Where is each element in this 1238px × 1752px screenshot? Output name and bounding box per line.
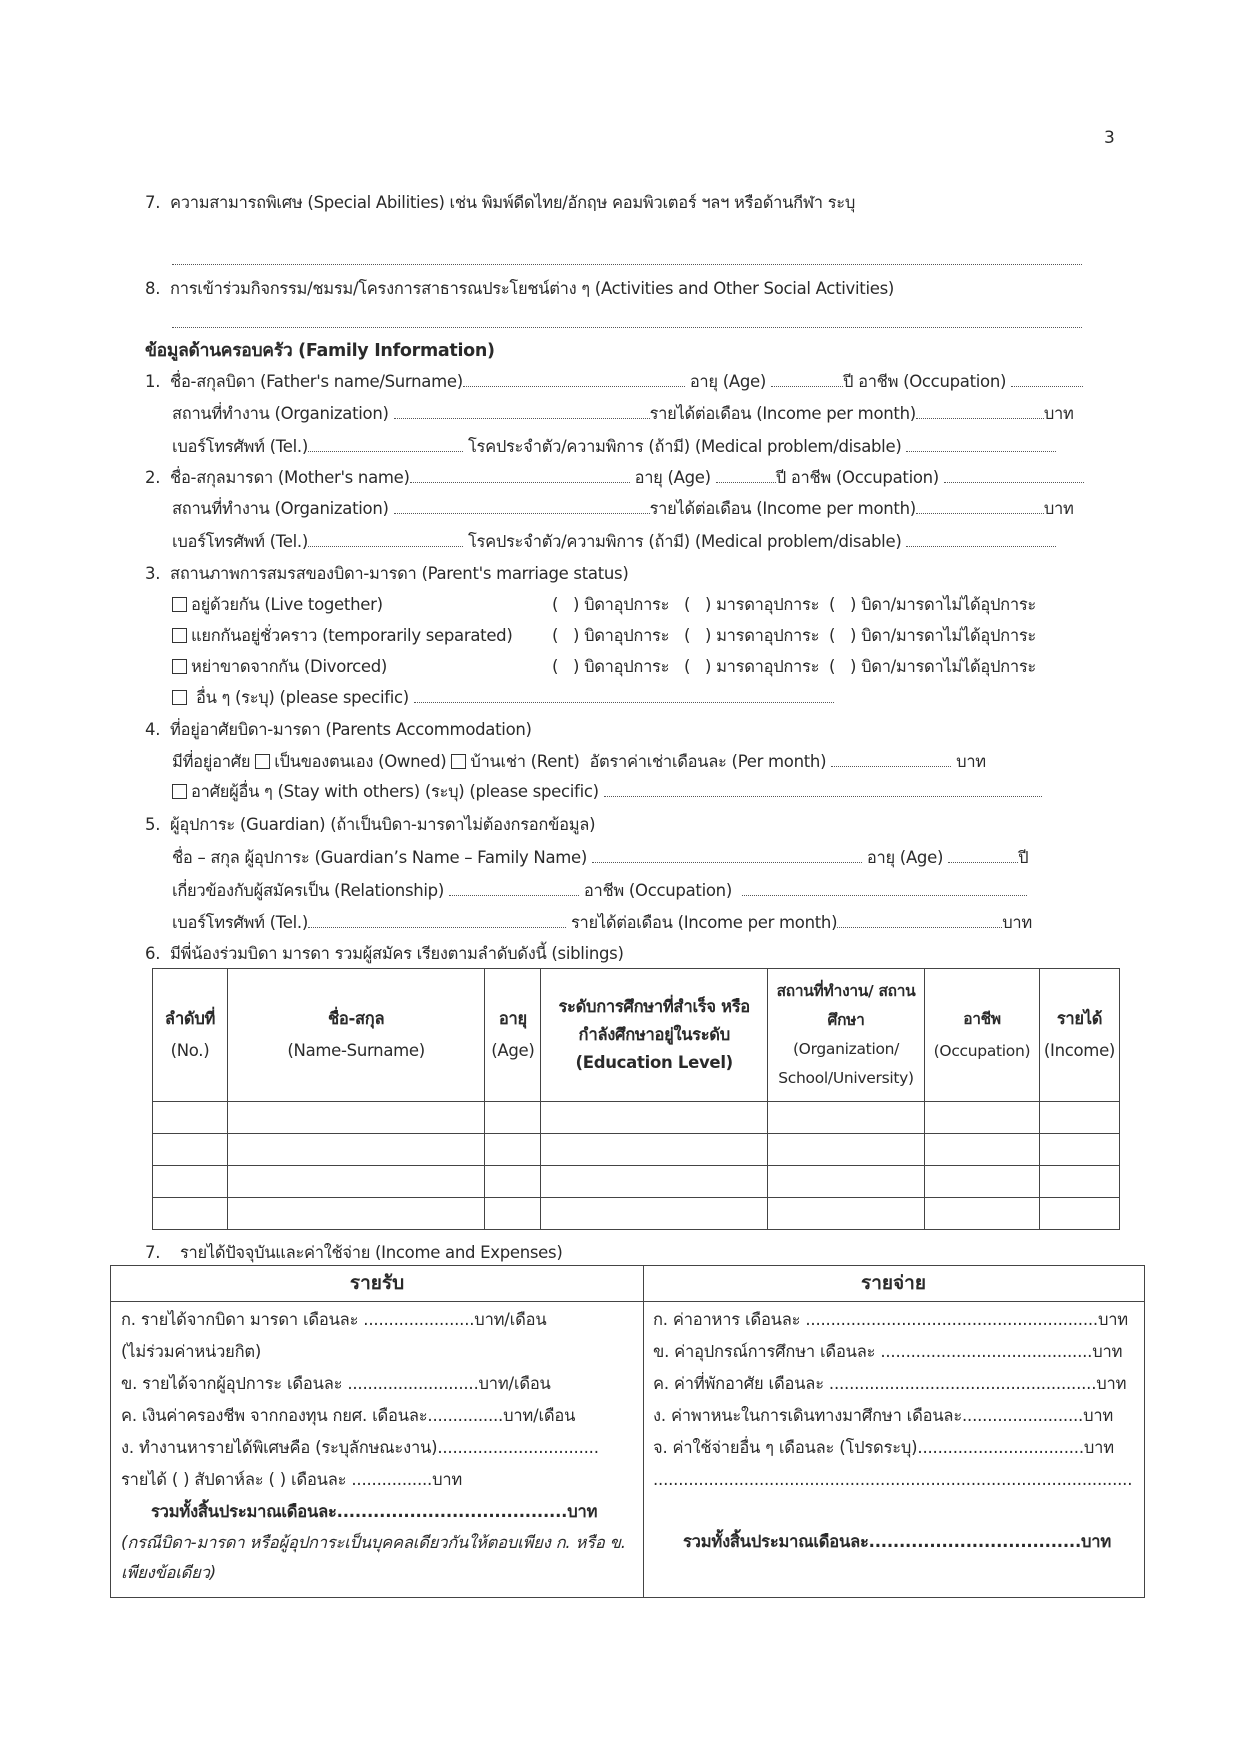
guardian-tel-row: เบอร์โทรศัพท์ (Tel.) รายได้ต่อเดือน (Inc…	[172, 910, 1032, 936]
table-cell[interactable]	[485, 1166, 541, 1198]
father-name-label: ชื่อ-สกุลบิดา (Father's name/Surname)	[170, 372, 463, 391]
father-age-label: อายุ (Age)	[690, 372, 766, 391]
income-row[interactable]: ก. รายได้จากบิดา มารดา เดือนละ .........…	[111, 1304, 643, 1336]
income-row[interactable]: ค. เงินค่าครองชีพ จากกองทุน กยศ. เดือนละ…	[111, 1400, 643, 1432]
table-cell[interactable]	[768, 1102, 925, 1134]
choice-label: มารดาอุปการะ	[716, 657, 819, 676]
divorced-guardian-choices: ( ) บิดาอุปการะ ( ) มารดาอุปการะ ( ) บิด…	[552, 654, 1036, 680]
expense-header: รายจ่าย	[643, 1266, 1144, 1302]
year-unit: ปี	[843, 372, 853, 391]
mother-name-field[interactable]	[410, 481, 630, 483]
baht-unit: บาท	[1044, 499, 1074, 518]
income-expenses-row: 7. รายได้ปัจจุบันและค่าใช้จ่าย (Income a…	[145, 1240, 562, 1266]
mother-occupation-field[interactable]	[944, 481, 1084, 483]
baht-unit: บาท	[1044, 404, 1074, 423]
marriage-option-other: อื่น ๆ (ระบุ) (please specific)	[172, 685, 834, 711]
table-cell[interactable]	[1039, 1102, 1119, 1134]
accommodation-label: ที่อยู่อาศัยบิดา-มารดา (Parents Accommod…	[170, 720, 532, 739]
choice-label: บิดาอุปการะ	[584, 657, 669, 676]
neither-supports-radio[interactable]: ( )	[829, 626, 856, 645]
table-cell[interactable]	[1039, 1134, 1119, 1166]
father-org-row: สถานที่ทำงาน (Organization) รายได้ต่อเดื…	[172, 401, 1074, 427]
item-number: 7.	[145, 193, 160, 212]
separated-checkbox[interactable]	[172, 628, 187, 643]
table-cell[interactable]	[768, 1166, 925, 1198]
rent-label: บ้านเช่า (Rent)	[470, 752, 579, 771]
mother-org-label: สถานที่ทำงาน (Organization)	[172, 499, 389, 518]
choice-label: บิดาอุปการะ	[584, 595, 669, 614]
special-abilities-field[interactable]	[172, 250, 1082, 269]
table-cell[interactable]	[925, 1166, 1040, 1198]
table-row	[153, 1166, 1120, 1198]
father-supports-radio[interactable]: ( )	[552, 626, 579, 645]
item-number: 1.	[145, 372, 160, 391]
rent-checkbox[interactable]	[451, 754, 466, 769]
rent-rate-field[interactable]	[831, 765, 951, 767]
table-cell[interactable]	[1039, 1198, 1119, 1230]
mother-medical-label: โรคประจำตัว/ความพิการ (ถ้ามี) (Medical p…	[468, 532, 902, 551]
mother-supports-radio[interactable]: ( )	[684, 595, 711, 614]
neither-supports-radio[interactable]: ( )	[829, 657, 856, 676]
table-cell[interactable]	[925, 1198, 1040, 1230]
rent-rate-label: อัตราค่าเช่าเดือนละ (Per month)	[589, 752, 826, 771]
father-tel-field[interactable]	[308, 450, 463, 452]
father-income-field[interactable]	[916, 417, 1044, 419]
live-together-guardian-choices: ( ) บิดาอุปการะ ( ) มารดาอุปการะ ( ) บิด…	[552, 592, 1036, 618]
owned-label: เป็นของตนเอง (Owned)	[274, 752, 446, 771]
mother-name-label: ชื่อ-สกุลมารดา (Mother's name)	[170, 468, 410, 487]
mother-tel-field[interactable]	[308, 545, 463, 547]
siblings-table: ลำดับที่(No.) ชื่อ-สกุล(Name-Surname) อา…	[152, 968, 1120, 1230]
special-abilities-label: 7. ความสามารถพิเศษ (Special Abilities) เ…	[145, 190, 855, 216]
guardian-row: 5. ผู้อุปการะ (Guardian) (ถ้าเป็นบิดา-มา…	[145, 812, 595, 838]
guardian-label: ผู้อุปการะ (Guardian) (ถ้าเป็นบิดา-มารดา…	[170, 815, 595, 834]
income-expenses-table: รายรับ ก. รายได้จากบิดา มารดา เดือนละ ..…	[110, 1265, 1145, 1598]
table-cell[interactable]	[227, 1198, 485, 1230]
table-cell[interactable]	[925, 1134, 1040, 1166]
table-row	[153, 1134, 1120, 1166]
expense-row[interactable]: จ. ค่าใช้จ่ายอื่น ๆ เดือนละ (โปรดระบุ)..…	[643, 1432, 1144, 1464]
col-education: ระดับการศึกษาที่สำเร็จ หรือกำลังศึกษาอยู…	[541, 969, 768, 1102]
mother-income-field[interactable]	[916, 512, 1044, 514]
stay-with-others-row: อาศัยผู้อื่น ๆ (Stay with others) (ระบุ)…	[172, 779, 1042, 805]
mother-occupation-label: อาชีพ (Occupation)	[791, 468, 939, 487]
siblings-label: มีพี่น้องร่วมบิดา มารดา รวมผู้สมัคร เรีย…	[170, 944, 624, 963]
father-medical-field[interactable]	[906, 450, 1056, 452]
marriage-option-live-together: อยู่ด้วยกัน (Live together)	[172, 592, 383, 618]
live-together-checkbox[interactable]	[172, 597, 187, 612]
choice-label: มารดาอุปการะ	[716, 595, 819, 614]
father-medical-label: โรคประจำตัว/ความพิการ (ถ้ามี) (Medical p…	[468, 437, 902, 456]
guardian-name-row: ชื่อ – สกุล ผู้อุปการะ (Guardian’s Name …	[172, 845, 1028, 871]
table-row	[153, 1198, 1120, 1230]
father-tel-label: เบอร์โทรศัพท์ (Tel.)	[172, 437, 308, 456]
guardian-name-label: ชื่อ – สกุล ผู้อุปการะ (Guardian’s Name …	[172, 848, 587, 867]
income-column: รายรับ ก. รายได้จากบิดา มารดา เดือนละ ..…	[111, 1266, 644, 1597]
guardian-occupation-field[interactable]	[742, 894, 1027, 896]
mother-medical-field[interactable]	[906, 545, 1056, 547]
neither-supports-radio[interactable]: ( )	[829, 595, 856, 614]
mother-income-label: รายได้ต่อเดือน (Income per month)	[650, 499, 916, 518]
stay-with-others-checkbox[interactable]	[172, 784, 187, 799]
divorced-checkbox[interactable]	[172, 659, 187, 674]
choice-label: บิดา/มารดาไม่ได้อุปการะ	[861, 626, 1036, 645]
marriage-option-divorced: หย่าขาดจากกัน (Divorced)	[172, 654, 387, 680]
father-supports-radio[interactable]: ( )	[552, 657, 579, 676]
expense-row[interactable]: ........................................…	[643, 1464, 1144, 1496]
option-label: แยกกันอยู่ชั่วคราว (temporarily separate…	[191, 626, 513, 645]
income-row[interactable]: รายได้ ( ) สัปดาห์ละ ( ) เดือนละ .......…	[111, 1464, 643, 1496]
mother-supports-radio[interactable]: ( )	[684, 657, 711, 676]
stay-with-others-label: อาศัยผู้อื่น ๆ (Stay with others) (ระบุ)…	[191, 782, 599, 801]
table-cell[interactable]	[153, 1102, 228, 1134]
income-total[interactable]: รวมทั้งสิ้นประมาณเดือนละ................…	[111, 1496, 643, 1528]
father-org-field[interactable]	[394, 417, 650, 419]
choice-label: บิดา/มารดาไม่ได้อุปการะ	[861, 657, 1036, 676]
table-cell[interactable]	[153, 1166, 228, 1198]
table-row	[153, 1102, 1120, 1134]
mother-name-row: 2. ชื่อ-สกุลมารดา (Mother's name) อายุ (…	[145, 465, 1084, 491]
mother-org-field[interactable]	[394, 512, 650, 514]
table-cell[interactable]	[153, 1134, 228, 1166]
father-name-row: 1. ชื่อ-สกุลบิดา (Father's name/Surname)…	[145, 369, 1083, 395]
mother-age-field[interactable]	[716, 481, 776, 483]
col-income: รายได้(Income)	[1039, 969, 1119, 1102]
father-name-field[interactable]	[463, 385, 685, 387]
relationship-label: เกี่ยวข้องกับผู้สมัครเป็น (Relationship)	[172, 881, 444, 900]
table-cell[interactable]	[227, 1102, 485, 1134]
page-number: 3	[1104, 128, 1115, 148]
has-home-label: มีที่อยู่อาศัย	[172, 752, 250, 771]
table-cell[interactable]	[485, 1134, 541, 1166]
income-row[interactable]: ง. ทำงานหารายได้พิเศษคือ (ระบุลักษณะงาน)…	[111, 1432, 643, 1464]
table-cell[interactable]	[541, 1166, 768, 1198]
father-age-field[interactable]	[771, 385, 843, 387]
item-number: 6.	[145, 944, 160, 963]
accommodation-options-row: มีที่อยู่อาศัย เป็นของตนเอง (Owned) บ้าน…	[172, 749, 986, 775]
option-label: หย่าขาดจากกัน (Divorced)	[191, 657, 387, 676]
table-cell[interactable]	[485, 1102, 541, 1134]
year-unit: ปี	[776, 468, 786, 487]
guardian-age-field[interactable]	[948, 861, 1018, 863]
guardian-occupation-label: อาชีพ (Occupation)	[584, 881, 732, 900]
table-cell[interactable]	[485, 1198, 541, 1230]
table-cell[interactable]	[541, 1134, 768, 1166]
item-number: 3.	[145, 564, 160, 583]
item-text: การเข้าร่วมกิจกรรม/ชมรม/โครงการสาธารณประ…	[170, 279, 894, 298]
item-number: 2.	[145, 468, 160, 487]
item-number: 4.	[145, 720, 160, 739]
expense-row[interactable]: ง. ค่าพาหนะในการเดินทางมาศึกษา เดือนละ..…	[643, 1400, 1144, 1432]
table-cell[interactable]	[1039, 1166, 1119, 1198]
item-text: ความสามารถพิเศษ (Special Abilities) เช่น…	[170, 193, 855, 212]
item-number: 8.	[145, 279, 160, 298]
father-occupation-label: อาชีพ (Occupation)	[858, 372, 1006, 391]
family-info-heading: ข้อมูลด้านครอบครัว (Family Information)	[145, 336, 495, 364]
item-number: 7.	[145, 1243, 160, 1262]
mother-tel-label: เบอร์โทรศัพท์ (Tel.)	[172, 532, 308, 551]
stay-with-others-field[interactable]	[604, 795, 1042, 797]
mother-supports-radio[interactable]: ( )	[684, 626, 711, 645]
choice-label: บิดาอุปการะ	[584, 626, 669, 645]
siblings-row: 6. มีพี่น้องร่วมบิดา มารดา รวมผู้สมัคร เ…	[145, 941, 624, 967]
accommodation-row: 4. ที่อยู่อาศัยบิดา-มารดา (Parents Accom…	[145, 717, 532, 743]
option-label: อื่น ๆ (ระบุ) (please specific)	[196, 688, 409, 707]
table-header-row: ลำดับที่(No.) ชื่อ-สกุล(Name-Surname) อา…	[153, 969, 1120, 1102]
guardian-age-label: อายุ (Age)	[867, 848, 943, 867]
col-name: ชื่อ-สกุล(Name-Surname)	[227, 969, 485, 1102]
col-age: อายุ(Age)	[485, 969, 541, 1102]
col-occupation: อาชีพ(Occupation)	[925, 969, 1040, 1102]
guardian-income-field[interactable]	[837, 926, 1002, 928]
father-supports-radio[interactable]: ( )	[552, 595, 579, 614]
income-note: (กรณีบิดา-มารดา หรือผู้อุปการะเป็นบุคคลเ…	[111, 1528, 643, 1588]
expense-row[interactable]: ก. ค่าอาหาร เดือนละ ....................…	[643, 1304, 1144, 1336]
expense-row[interactable]: ค. ค่าที่พักอาศัย เดือนละ ..............…	[643, 1368, 1144, 1400]
expense-total[interactable]: รวมทั้งสิ้นประมาณเดือนละ................…	[643, 1526, 1144, 1558]
other-checkbox[interactable]	[172, 690, 187, 705]
table-cell[interactable]	[153, 1198, 228, 1230]
expense-column: รายจ่าย ก. ค่าอาหาร เดือนละ ............…	[643, 1266, 1144, 1597]
father-occupation-field[interactable]	[1011, 385, 1083, 387]
table-cell[interactable]	[541, 1198, 768, 1230]
table-cell[interactable]	[227, 1134, 485, 1166]
table-cell[interactable]	[768, 1198, 925, 1230]
owned-checkbox[interactable]	[255, 754, 270, 769]
choice-label: มารดาอุปการะ	[716, 626, 819, 645]
col-no: ลำดับที่(No.)	[153, 969, 228, 1102]
guardian-relation-row: เกี่ยวข้องกับผู้สมัครเป็น (Relationship)…	[172, 878, 1027, 904]
year-unit: ปี	[1018, 848, 1028, 867]
option-label: อยู่ด้วยกัน (Live together)	[191, 595, 383, 614]
choice-label: บิดา/มารดาไม่ได้อุปการะ	[861, 595, 1036, 614]
other-specify-field[interactable]	[414, 701, 834, 703]
table-cell[interactable]	[768, 1134, 925, 1166]
baht-unit: บาท	[1002, 913, 1032, 932]
table-cell[interactable]	[925, 1102, 1040, 1134]
item-number: 5.	[145, 815, 160, 834]
guardian-name-field[interactable]	[592, 861, 862, 863]
guardian-income-label: รายได้ต่อเดือน (Income per month)	[571, 913, 837, 932]
baht-unit: บาท	[956, 752, 986, 771]
relationship-field[interactable]	[449, 894, 579, 896]
income-expenses-label: รายได้ปัจจุบันและค่าใช้จ่าย (Income and …	[180, 1243, 563, 1262]
income-row[interactable]: ข. รายได้จากผู้อุปการะ เดือนละ .........…	[111, 1368, 643, 1400]
income-row[interactable]: (ไม่ร่วมค่าหน่วยกิต)	[111, 1336, 643, 1368]
marriage-option-separated: แยกกันอยู่ชั่วคราว (temporarily separate…	[172, 623, 513, 649]
activities-field[interactable]	[172, 313, 1082, 332]
marriage-status-row: 3. สถานภาพการสมรสของบิดา-มารดา (Parent's…	[145, 561, 628, 587]
table-cell[interactable]	[227, 1166, 485, 1198]
mother-org-row: สถานที่ทำงาน (Organization) รายได้ต่อเดื…	[172, 496, 1074, 522]
father-org-label: สถานที่ทำงาน (Organization)	[172, 404, 389, 423]
guardian-tel-label: เบอร์โทรศัพท์ (Tel.)	[172, 913, 308, 932]
activities-label: 8. การเข้าร่วมกิจกรรม/ชมรม/โครงการสาธารณ…	[145, 276, 894, 302]
mother-age-label: อายุ (Age)	[635, 468, 711, 487]
income-header: รายรับ	[111, 1266, 643, 1302]
father-income-label: รายได้ต่อเดือน (Income per month)	[650, 404, 916, 423]
guardian-tel-field[interactable]	[308, 926, 566, 928]
marriage-status-label: สถานภาพการสมรสของบิดา-มารดา (Parent's ma…	[170, 564, 628, 583]
table-cell[interactable]	[541, 1102, 768, 1134]
expense-row[interactable]: ข. ค่าอุปกรณ์การศึกษา เดือนละ ..........…	[643, 1336, 1144, 1368]
separated-guardian-choices: ( ) บิดาอุปการะ ( ) มารดาอุปการะ ( ) บิด…	[552, 623, 1036, 649]
mother-tel-row: เบอร์โทรศัพท์ (Tel.) โรคประจำตัว/ความพิก…	[172, 529, 1056, 555]
col-organization: สถานที่ทำงาน/ สถานศึกษา(Organization/ Sc…	[768, 969, 925, 1102]
father-tel-row: เบอร์โทรศัพท์ (Tel.) โรคประจำตัว/ความพิก…	[172, 434, 1056, 460]
